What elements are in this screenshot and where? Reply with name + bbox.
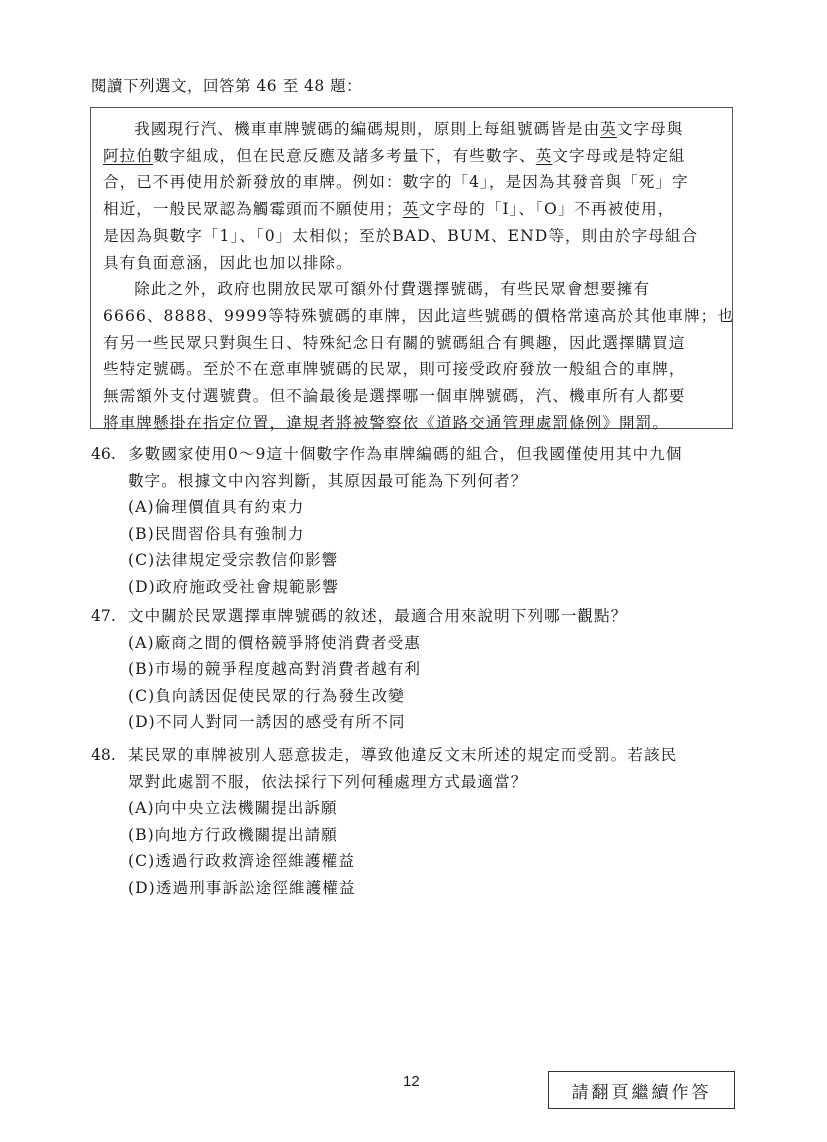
underlined-term: 英 xyxy=(536,147,553,165)
option-a: (A)廠商之間的價格競爭將使消費者受惠 xyxy=(128,630,741,657)
option-d: (D)透過刑事訴訟途徑維護權益 xyxy=(128,875,741,902)
stem-line: 多數國家使用0～9這十個數字作為車牌編碼的組合，但我國僅使用其中九個 xyxy=(128,441,683,468)
passage-line: 除此之外，政府也開放民眾可額外付費選擇號碼，有些民眾會想要擁有 xyxy=(103,276,720,303)
passage-line: 具有負面意涵，因此也加以排除。 xyxy=(103,250,720,277)
underlined-term: 阿拉伯 xyxy=(103,147,153,165)
question-46: 46. 多數國家使用0～9這十個數字作為車牌編碼的組合，但我國僅使用其中九個 數… xyxy=(91,441,741,600)
option-b: (B)向地方行政機關提出請願 xyxy=(128,822,741,849)
stem-line: 數字。根據文中內容判斷，其原因最可能為下列何者？ xyxy=(128,468,683,495)
option-d: (D)不同人對同一誘因的感受有所不同 xyxy=(128,709,741,736)
page-number: 12 xyxy=(403,1073,420,1090)
passage-line: 些特定號碼。至於不在意車牌號碼的民眾，則可接受政府發放一般組合的車牌， xyxy=(103,356,720,383)
text-segment: 文字母或是特定組 xyxy=(552,147,685,165)
passage-line: 合，已不再使用於新發放的車牌。例如：數字的「4」，是因為其發音與「死」字 xyxy=(103,169,720,196)
question-47: 47. 文中關於民眾選擇車牌號碼的敘述，最適合用來說明下列哪一觀點？ (A)廠商… xyxy=(91,603,741,736)
underlined-term: 英 xyxy=(600,120,617,138)
stem-line: 眾對此處罰不服，依法採行下列何種處理方式最適當？ xyxy=(128,769,677,796)
passage-line: 阿拉伯數字組成，但在民意反應及諸多考量下，有些數字、英文字母或是特定組 xyxy=(103,143,720,170)
question-number: 46. xyxy=(91,441,128,494)
answer-options: (A)廠商之間的價格競爭將使消費者受惠 (B)市場的競爭程度越高對消費者越有利 … xyxy=(128,630,741,736)
option-a: (A)倫理價值具有約束力 xyxy=(128,494,741,521)
reading-passage: 我國現行汽、機車車牌號碼的編碼規則，原則上每組號碼皆是由英文字母與 阿拉伯數字組… xyxy=(90,107,733,429)
text-segment: 我國現行汽、機車車牌號碼的編碼規則，原則上每組號碼皆是由 xyxy=(134,120,600,138)
option-b: (B)市場的競爭程度越高對消費者越有利 xyxy=(128,656,741,683)
reading-instructions: 閱讀下列選文，回答第 46 至 48 題： xyxy=(91,76,362,96)
question-stem: 48. 某民眾的車牌被別人惡意拔走，導致他違反文末所述的規定而受罰。若該民 眾對… xyxy=(91,742,741,795)
passage-line: 無需額外支付選號費。但不論最後是選擇哪一個車牌號碼，汽、機車所有人都要 xyxy=(103,383,720,410)
question-48: 48. 某民眾的車牌被別人惡意拔走，導致他違反文末所述的規定而受罰。若該民 眾對… xyxy=(91,742,741,901)
answer-options: (A)向中央立法機關提出訴願 (B)向地方行政機關提出請願 (C)透過行政救濟途… xyxy=(128,795,741,901)
answer-options: (A)倫理價值具有約束力 (B)民間習俗具有強制力 (C)法律規定受宗教信仰影響… xyxy=(128,494,741,600)
question-number: 48. xyxy=(91,742,128,795)
option-c: (C)透過行政救濟途徑維護權益 xyxy=(128,848,741,875)
question-text: 文中關於民眾選擇車牌號碼的敘述，最適合用來說明下列哪一觀點？ xyxy=(128,603,627,630)
option-a: (A)向中央立法機關提出訴願 xyxy=(128,795,741,822)
question-text: 某民眾的車牌被別人惡意拔走，導致他違反文末所述的規定而受罰。若該民 眾對此處罰不… xyxy=(128,742,677,795)
option-d: (D)政府施政受社會規範影響 xyxy=(128,574,741,601)
passage-line: 相近，一般民眾認為觸霉頭而不願使用；英文字母的「I」、「O」不再被使用， xyxy=(103,196,720,223)
question-text: 多數國家使用0～9這十個數字作為車牌編碼的組合，但我國僅使用其中九個 數字。根據… xyxy=(128,441,683,494)
passage-paragraph-1: 我國現行汽、機車車牌號碼的編碼規則，原則上每組號碼皆是由英文字母與 阿拉伯數字組… xyxy=(103,116,720,276)
stem-line: 文中關於民眾選擇車牌號碼的敘述，最適合用來說明下列哪一觀點？ xyxy=(128,603,627,630)
continue-notice: 請翻頁繼續作答 xyxy=(548,1071,735,1109)
passage-line: 有另一些民眾只對與生日、特殊紀念日有關的號碼組合有興趣，因此選擇購買這 xyxy=(103,330,720,357)
stem-line: 某民眾的車牌被別人惡意拔走，導致他違反文末所述的規定而受罰。若該民 xyxy=(128,742,677,769)
option-c: (C)法律規定受宗教信仰影響 xyxy=(128,547,741,574)
passage-line: 是因為與數字「1」、「0」太相似；至於BAD、BUM、END等，則由於字母組合 xyxy=(103,223,720,250)
question-number: 47. xyxy=(91,603,128,630)
passage-line: 6666、8888、9999等特殊號碼的車牌，因此這些號碼的價格常遠高於其他車牌… xyxy=(103,303,720,330)
question-stem: 47. 文中關於民眾選擇車牌號碼的敘述，最適合用來說明下列哪一觀點？ xyxy=(91,603,741,630)
passage-line: 將車牌懸掛在指定位置，違規者將被警察依《道路交通管理處罰條例》開罰。 xyxy=(103,410,720,437)
text-segment: 文字母與 xyxy=(617,120,684,138)
option-c: (C)負向誘因促使民眾的行為發生改變 xyxy=(128,683,741,710)
text-segment: 數字組成，但在民意反應及諸多考量下，有些數字、 xyxy=(153,147,536,165)
question-stem: 46. 多數國家使用0～9這十個數字作為車牌編碼的組合，但我國僅使用其中九個 數… xyxy=(91,441,741,494)
option-b: (B)民間習俗具有強制力 xyxy=(128,521,741,548)
text-segment: 文字母的「I」、「O」不再被使用， xyxy=(419,200,674,218)
passage-line: 我國現行汽、機車車牌號碼的編碼規則，原則上每組號碼皆是由英文字母與 xyxy=(103,116,720,143)
passage-paragraph-2: 除此之外，政府也開放民眾可額外付費選擇號碼，有些民眾會想要擁有 6666、888… xyxy=(103,276,720,436)
underlined-term: 英 xyxy=(403,200,420,218)
text-segment: 相近，一般民眾認為觸霉頭而不願使用； xyxy=(103,200,403,218)
